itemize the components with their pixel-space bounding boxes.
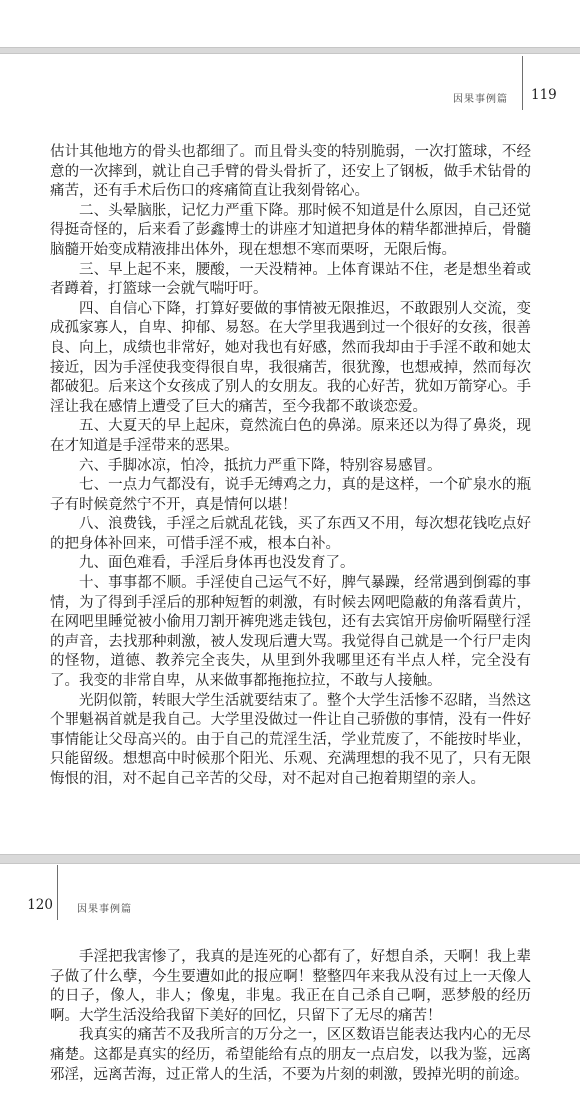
page-number: 119	[531, 87, 557, 103]
paragraph: 二、头晕脑胀，记忆力严重下降。那时候不知道是什么原因，自己还觉得挺奇怪的，后来看…	[50, 202, 531, 261]
paragraph: 六、手脚冰凉，怕冷，抵抗力严重下降，特别容易感冒。	[50, 457, 531, 477]
page-120-body: 手淫把我害惨了，我真的是连死的心都有了，好想自杀，天啊！我上辈子做了什么孽，今生…	[50, 948, 531, 1085]
paragraph: 九、面色难看，手淫后身体再也没发育了。	[50, 554, 531, 574]
paragraph: 三、早上起不来，腰酸，一天没精神。上体育课站不住，老是想坐着或者蹲着，打篮球一会…	[50, 261, 531, 300]
paragraph: 四、自信心下降，打算好要做的事情被无限推迟，不敢跟别人交流，变成孤家寡人，自卑、…	[50, 300, 531, 418]
paragraph: 十、事事都不顺。手淫使自己运气不好，脾气暴躁，经常遇到倒霉的事情，为了得到手淫后…	[50, 574, 531, 692]
header-divider-rule	[57, 865, 58, 920]
paragraph: 七、一点力气都没有，说手无缚鸡之力，真的是这样，一个矿泉水的瓶子有时候竟然宁不开…	[50, 476, 531, 515]
page-number: 120	[24, 897, 53, 913]
header-divider-rule	[522, 56, 523, 110]
running-title: 因果事例篇	[77, 900, 132, 915]
page-gap-divider	[0, 47, 580, 54]
page-gap-divider	[0, 854, 580, 864]
paragraph: 五、大夏天的早上起床，竟然流白色的鼻涕。原来还以为得了鼻炎，现在才知道是手淫带来…	[50, 417, 531, 456]
running-title: 因果事例篇	[453, 90, 508, 105]
paragraph: 我真实的痛苦不及我所言的万分之一，区区数语岂能表达我内心的无尽痛楚。这都是真实的…	[50, 1026, 531, 1085]
paragraph: 八、浪费钱，手淫之后就乱花钱，买了东西又不用，每次想花钱吃点好的把身体补回来，可…	[50, 515, 531, 554]
paragraph: 光阴似箭，转眼大学生活就要结束了。整个大学生活惨不忍睹，当然这个罪魁祸首就是我自…	[50, 692, 531, 790]
paragraph: 手淫把我害惨了，我真的是连死的心都有了，好想自杀，天啊！我上辈子做了什么孽，今生…	[50, 948, 531, 1026]
page-119-body: 估计其他地方的骨头也都细了。而且骨头变的特别脆弱，一次打篮球，不经意的一次摔到，…	[50, 143, 531, 790]
paragraph: 估计其他地方的骨头也都细了。而且骨头变的特别脆弱，一次打篮球，不经意的一次摔到，…	[50, 143, 531, 202]
